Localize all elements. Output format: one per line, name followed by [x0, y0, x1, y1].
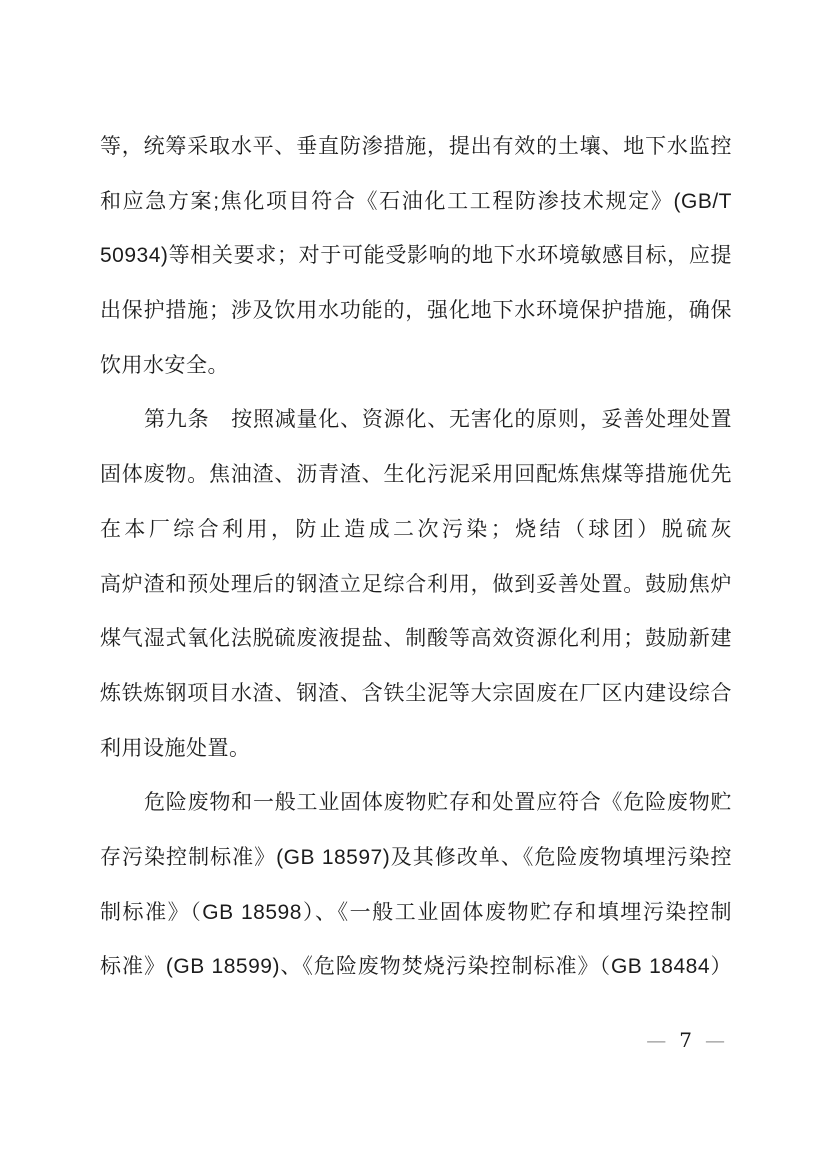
text-line: 高炉渣和预处理后的钢渣立足综合利用，做到妥善处置。鼓励焦炉	[100, 558, 732, 613]
text-line: 煤气湿式氧化法脱硫废液提盐、制酸等高效资源化利用；鼓励新建	[100, 612, 732, 667]
text-line: 存污染控制标准》(GB 18597)及其修改单、《危险废物填埋污染控	[100, 831, 732, 886]
text-line: 饮用水安全。	[100, 339, 732, 394]
text-line: 炼铁炼钢项目水渣、钢渣、含铁尘泥等大宗固废在厂区内建设综合	[100, 667, 732, 722]
text-line: 利用设施处置。	[100, 722, 732, 777]
paragraph-hazardous-waste: 危险废物和一般工业固体废物贮存和处置应符合《危险废物贮 存污染控制标准》(GB …	[100, 776, 732, 995]
text-line: 50934)等相关要求；对于可能受影响的地下水环境敏感目标，应提	[100, 229, 732, 284]
body-text: 等，统筹采取水平、垂直防渗措施，提出有效的土壤、地下水监控 和应急方案;焦化项目…	[100, 120, 732, 995]
text-line: 等，统筹采取水平、垂直防渗措施，提出有效的土壤、地下水监控	[100, 120, 732, 175]
text-line: 标准》(GB 18599)、《危险废物焚烧污染控制标准》（GB 18484）	[100, 940, 732, 995]
text-line: 出保护措施；涉及饮用水功能的，强化地下水环境保护措施，确保	[100, 284, 732, 339]
paragraph-article-9: 第九条 按照减量化、资源化、无害化的原则，妥善处理处置 固体废物。焦油渣、沥青渣…	[100, 393, 732, 776]
text-line: 在本厂综合利用，防止造成二次污染；烧结（球团）脱硫灰（渣）、	[100, 503, 732, 558]
footer-dash-left: —	[646, 1028, 666, 1052]
page-footer: —7—	[646, 1026, 725, 1054]
text-line: 固体废物。焦油渣、沥青渣、生化污泥采用回配炼焦煤等措施优先	[100, 448, 732, 503]
page-number: 7	[679, 1026, 692, 1054]
text-line: 第九条 按照减量化、资源化、无害化的原则，妥善处理处置	[100, 393, 732, 448]
text-line: 制标准》（GB 18598）、《一般工业固体废物贮存和填埋污染控制	[100, 886, 732, 941]
text-line: 危险废物和一般工业固体废物贮存和处置应符合《危险废物贮	[100, 776, 732, 831]
text-line: 和应急方案;焦化项目符合《石油化工工程防渗技术规定》(GB/T	[100, 175, 732, 230]
document-page: 等，统筹采取水平、垂直防渗措施，提出有效的土壤、地下水监控 和应急方案;焦化项目…	[0, 0, 826, 1169]
paragraph-groundwater-continued: 等，统筹采取水平、垂直防渗措施，提出有效的土壤、地下水监控 和应急方案;焦化项目…	[100, 120, 732, 393]
footer-dash-right: —	[705, 1028, 725, 1052]
